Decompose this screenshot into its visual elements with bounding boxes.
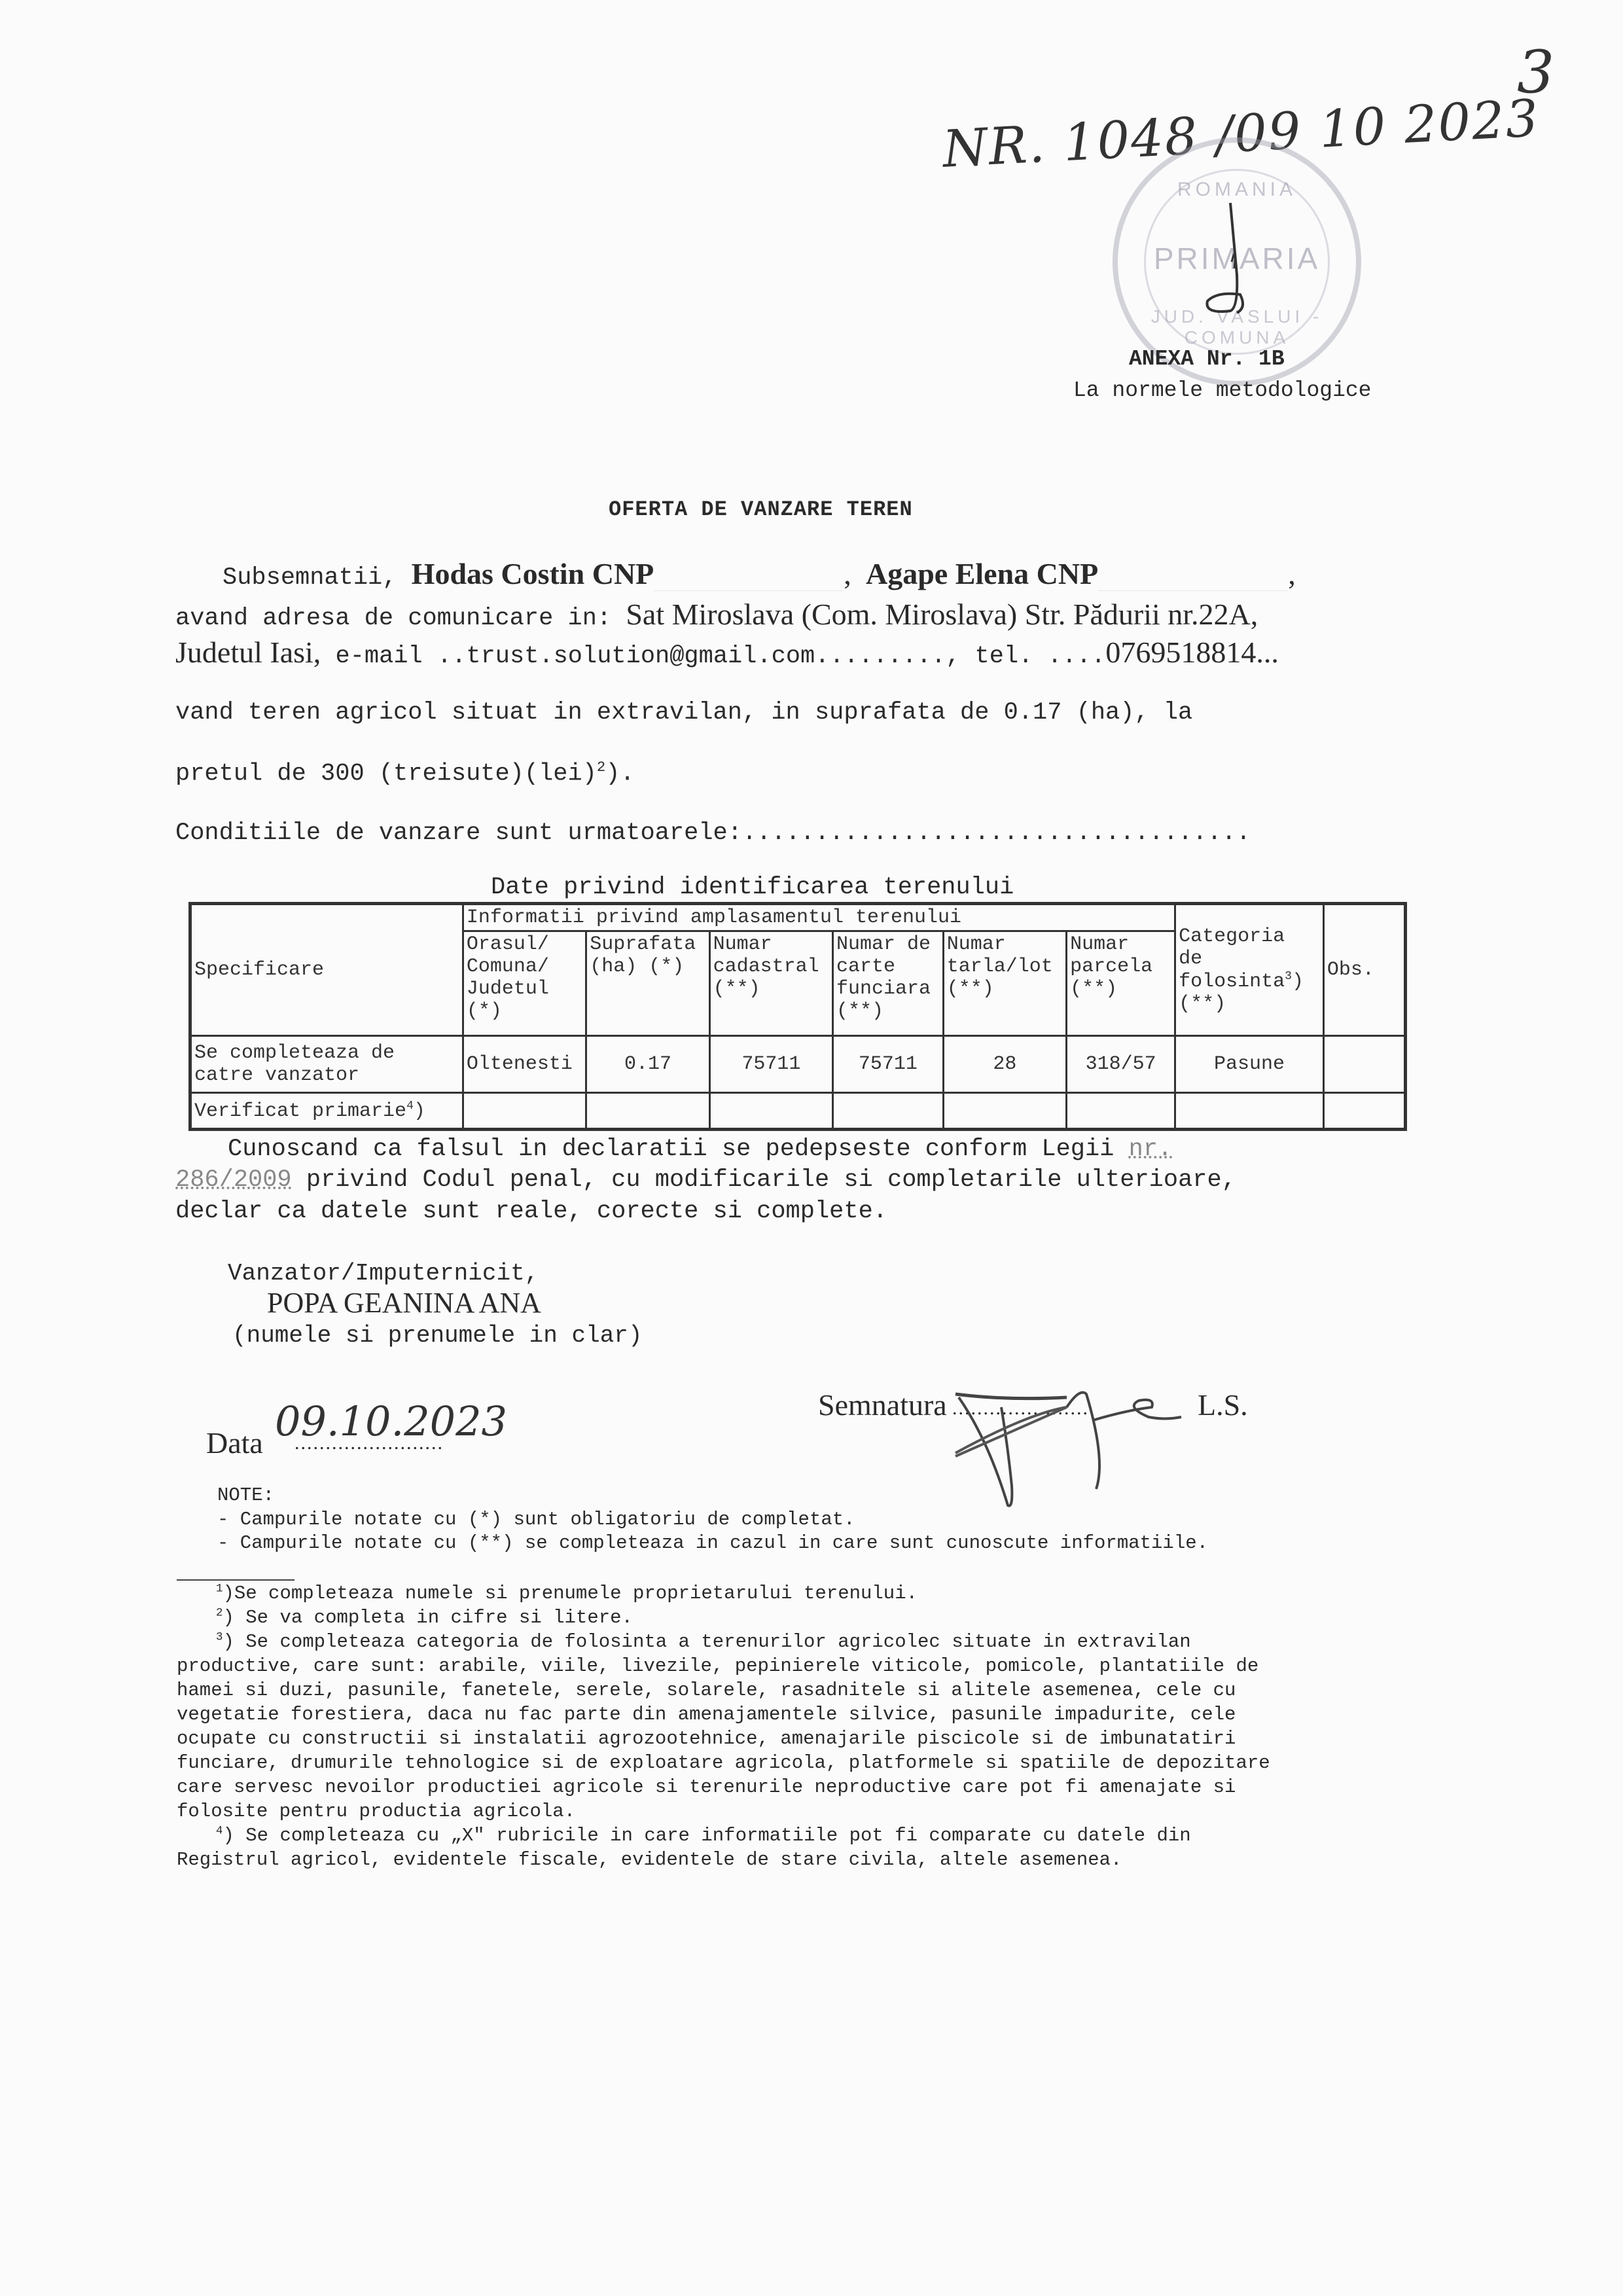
cell-tarla: 28 [943, 1036, 1066, 1093]
declaration-text-1: Cunoscand ca falsul in declaratii se ped… [228, 1136, 1114, 1163]
cell-carte-funciara [833, 1093, 944, 1130]
footnote-text: folosite pentru productia agricola. [177, 1801, 575, 1822]
footnote-line: 3) Se completeaza categoria de folosinta… [216, 1631, 1191, 1653]
row-label: Se completeaza de catre vanzator [190, 1036, 463, 1093]
cell-carte-funciara: 75711 [833, 1036, 944, 1093]
footnote-text: ) Se completeaza categoria de folosinta … [223, 1631, 1190, 1653]
footnote-line: funciare, drumurile tehnologice si de ex… [177, 1752, 1270, 1774]
seller2-name: Agape Elena CNP [866, 557, 1098, 590]
declaration-text-2: privind Codul penal, cu modificarile si … [306, 1166, 1236, 1194]
footnote-text: vegetatie forestiera, daca nu fac parte … [177, 1704, 1236, 1725]
categoria-footnote-ref: 3 [1285, 970, 1292, 983]
table-caption: Date privind identificarea terenului [491, 874, 1014, 901]
declaration-line-3: declar ca datele sunt reale, corecte si … [175, 1198, 887, 1225]
footnote-line: vegetatie forestiera, daca nu fac parte … [177, 1704, 1236, 1725]
seller-name: POPA GEANINA ANA [267, 1286, 541, 1319]
seller-name-hint: (numele si prenumele in clar) [232, 1322, 643, 1349]
footnote-text: )Se completeaza numele si prenumele prop… [223, 1583, 918, 1604]
cell-cadastral [709, 1093, 832, 1130]
footnote-number: 1 [216, 1583, 223, 1595]
cell-orasul [463, 1093, 586, 1130]
notes-title: NOTE: [217, 1484, 274, 1506]
col-header-parcela: Numar parcela (**) [1067, 931, 1175, 1036]
col-header-cadastral: Numar cadastral (**) [709, 931, 832, 1036]
footnote-separator [177, 1579, 294, 1581]
note-item: - Campurile notate cu (*) sunt obligator… [217, 1509, 855, 1530]
col-header-categoria: Categoria de folosinta3) (**) [1175, 904, 1324, 1036]
row-footnote-ref: 4 [406, 1100, 414, 1113]
footnote-line: 2) Se va completa in cifre si litere. [216, 1607, 633, 1628]
col-header-orasul: Orasul/ Comuna/ Judetul (*) [463, 931, 586, 1036]
row-label-text: Verificat primarie [194, 1100, 406, 1122]
declaration-line-2: 286/2009 privind Codul penal, cu modific… [175, 1166, 1236, 1194]
footnote-text: ) Se completeaza cu „X" rubricile in car… [223, 1825, 1190, 1846]
annex-subtitle: La normele metodologice [1073, 378, 1371, 403]
col-header-specificare: Specificare [190, 904, 463, 1036]
row-label-tail: ) [414, 1100, 425, 1122]
intro-lead: Subsemnatii, [223, 564, 397, 592]
contact-line: Judetul Iasi, e-mail ..trust.solution@gm… [175, 635, 1279, 670]
footnote-number: 4 [216, 1825, 223, 1837]
cell-parcela [1067, 1093, 1175, 1130]
cell-suprafata [586, 1093, 709, 1130]
tel-label: tel. .... [975, 643, 1106, 670]
ls-seal-label: L.S. [1198, 1388, 1248, 1422]
footnote-line: 1)Se completeaza numele si prenumele pro… [216, 1583, 918, 1604]
footnote-line: 4) Se completeaza cu „X" rubricile in ca… [216, 1825, 1191, 1846]
price-text: pretul de 300 (treisute)(lei) [175, 760, 597, 787]
col-header-obs: Obs. [1323, 904, 1405, 1036]
offer-line: vand teren agricol situat in extravilan,… [175, 699, 1192, 726]
footnote-number: 2 [216, 1607, 223, 1619]
cell-cadastral: 75711 [709, 1036, 832, 1093]
handwritten-signature-icon [929, 1381, 1191, 1512]
email-value: ..trust.solution@gmail.com........., [437, 643, 960, 670]
footnote-number: 3 [216, 1631, 223, 1643]
seller1-name: Hodas Costin CNP [412, 557, 654, 590]
footnote-line: productive, care sunt: arabile, viile, l… [177, 1655, 1258, 1677]
seller-close: , [1288, 557, 1296, 590]
footnote-line: ocupate cu constructii si instalatii agr… [177, 1728, 1236, 1749]
price-end: ). [605, 760, 634, 787]
declaration-line-1: Cunoscand ca falsul in declaratii se ped… [228, 1136, 1172, 1163]
stamp-signature-icon [1191, 196, 1283, 327]
date-dotted-line: ........................ [294, 1432, 444, 1454]
address-label: avand adresa de comunicare in: [175, 605, 611, 632]
tel-value: 0769518814... [1105, 636, 1279, 669]
cell-tarla [943, 1093, 1066, 1130]
redacted-cnp-1 [654, 564, 844, 591]
col-header-tarla: Numar tarla/lot (**) [943, 931, 1066, 1036]
price-line: pretul de 300 (treisute)(lei)2). [175, 759, 635, 787]
annex-title: ANEXA Nr. 1B [1129, 347, 1285, 371]
footnote-text: ocupate cu constructii si instalatii agr… [177, 1728, 1236, 1749]
categoria-label: Categoria de folosinta [1179, 925, 1285, 993]
signature-label: Semnatura [818, 1388, 947, 1422]
cell-obs [1323, 1036, 1405, 1093]
footnote-text: productive, care sunt: arabile, viile, l… [177, 1655, 1258, 1677]
law-reference-link[interactable]: nr. [1129, 1136, 1173, 1163]
cell-obs [1323, 1093, 1405, 1130]
address-value: Sat Miroslava (Com. Miroslava) Str. Pădu… [626, 598, 1258, 631]
law-number-link[interactable]: 286/2009 [175, 1166, 292, 1194]
row-label: Verificat primarie4) [190, 1093, 463, 1130]
cell-categoria: Pasune [1175, 1036, 1324, 1093]
footnote-line: hamei si duzi, pasunile, fanetele, serel… [177, 1679, 1236, 1701]
table-header-row: Specificare Informatii privind amplasame… [190, 904, 1406, 931]
table-row: Verificat primarie4) [190, 1093, 1406, 1130]
cell-categoria [1175, 1093, 1324, 1130]
cell-orasul: Oltenesti [463, 1036, 586, 1093]
cell-parcela: 318/57 [1067, 1036, 1175, 1093]
footnote-text: Registrul agricol, evidentele fiscale, e… [177, 1849, 1122, 1871]
address-line: avand adresa de comunicare in: Sat Miros… [175, 597, 1258, 632]
table-row: Se completeaza de catre vanzator Oltenes… [190, 1036, 1406, 1093]
conditions-line: Conditiile de vanzare sunt urmatoarele:.… [175, 819, 1251, 847]
cell-suprafata: 0.17 [586, 1036, 709, 1093]
document-title: OFERTA DE VANZARE TEREN [609, 497, 913, 522]
land-identification-table: Specificare Informatii privind amplasame… [188, 902, 1407, 1131]
price-footnote-ref: 2 [597, 759, 605, 776]
date-label: Data [206, 1426, 263, 1460]
footnote-text: ) Se va completa in cifre si litere. [223, 1607, 633, 1628]
footnote-text: care servesc nevoilor productiei agricol… [177, 1776, 1236, 1798]
email-label: e-mail [336, 643, 423, 670]
seller-label: Vanzator/Imputernicit, [228, 1260, 539, 1287]
footnote-line: care servesc nevoilor productiei agricol… [177, 1776, 1236, 1798]
note-item: - Campurile notate cu (**) se completeaz… [217, 1532, 1208, 1554]
footnote-line: folosite pentru productia agricola. [177, 1801, 575, 1822]
seller-separator: , [844, 557, 851, 590]
col-header-suprafata: Suprafata (ha) (*) [586, 931, 709, 1036]
redacted-cnp-2 [1098, 564, 1288, 591]
footnote-text: funciare, drumurile tehnologice si de ex… [177, 1752, 1270, 1774]
group-header: Informatii privind amplasamentul terenul… [463, 904, 1175, 931]
county-value: Judetul Iasi, [175, 636, 321, 669]
footnote-line: Registrul agricol, evidentele fiscale, e… [177, 1849, 1122, 1871]
footnote-text: hamei si duzi, pasunile, fanetele, serel… [177, 1679, 1236, 1701]
col-header-carte-funciara: Numar de carte funciara (**) [833, 931, 944, 1036]
sellers-line: Subsemnatii, Hodas Costin CNP, Agape Ele… [223, 556, 1296, 592]
